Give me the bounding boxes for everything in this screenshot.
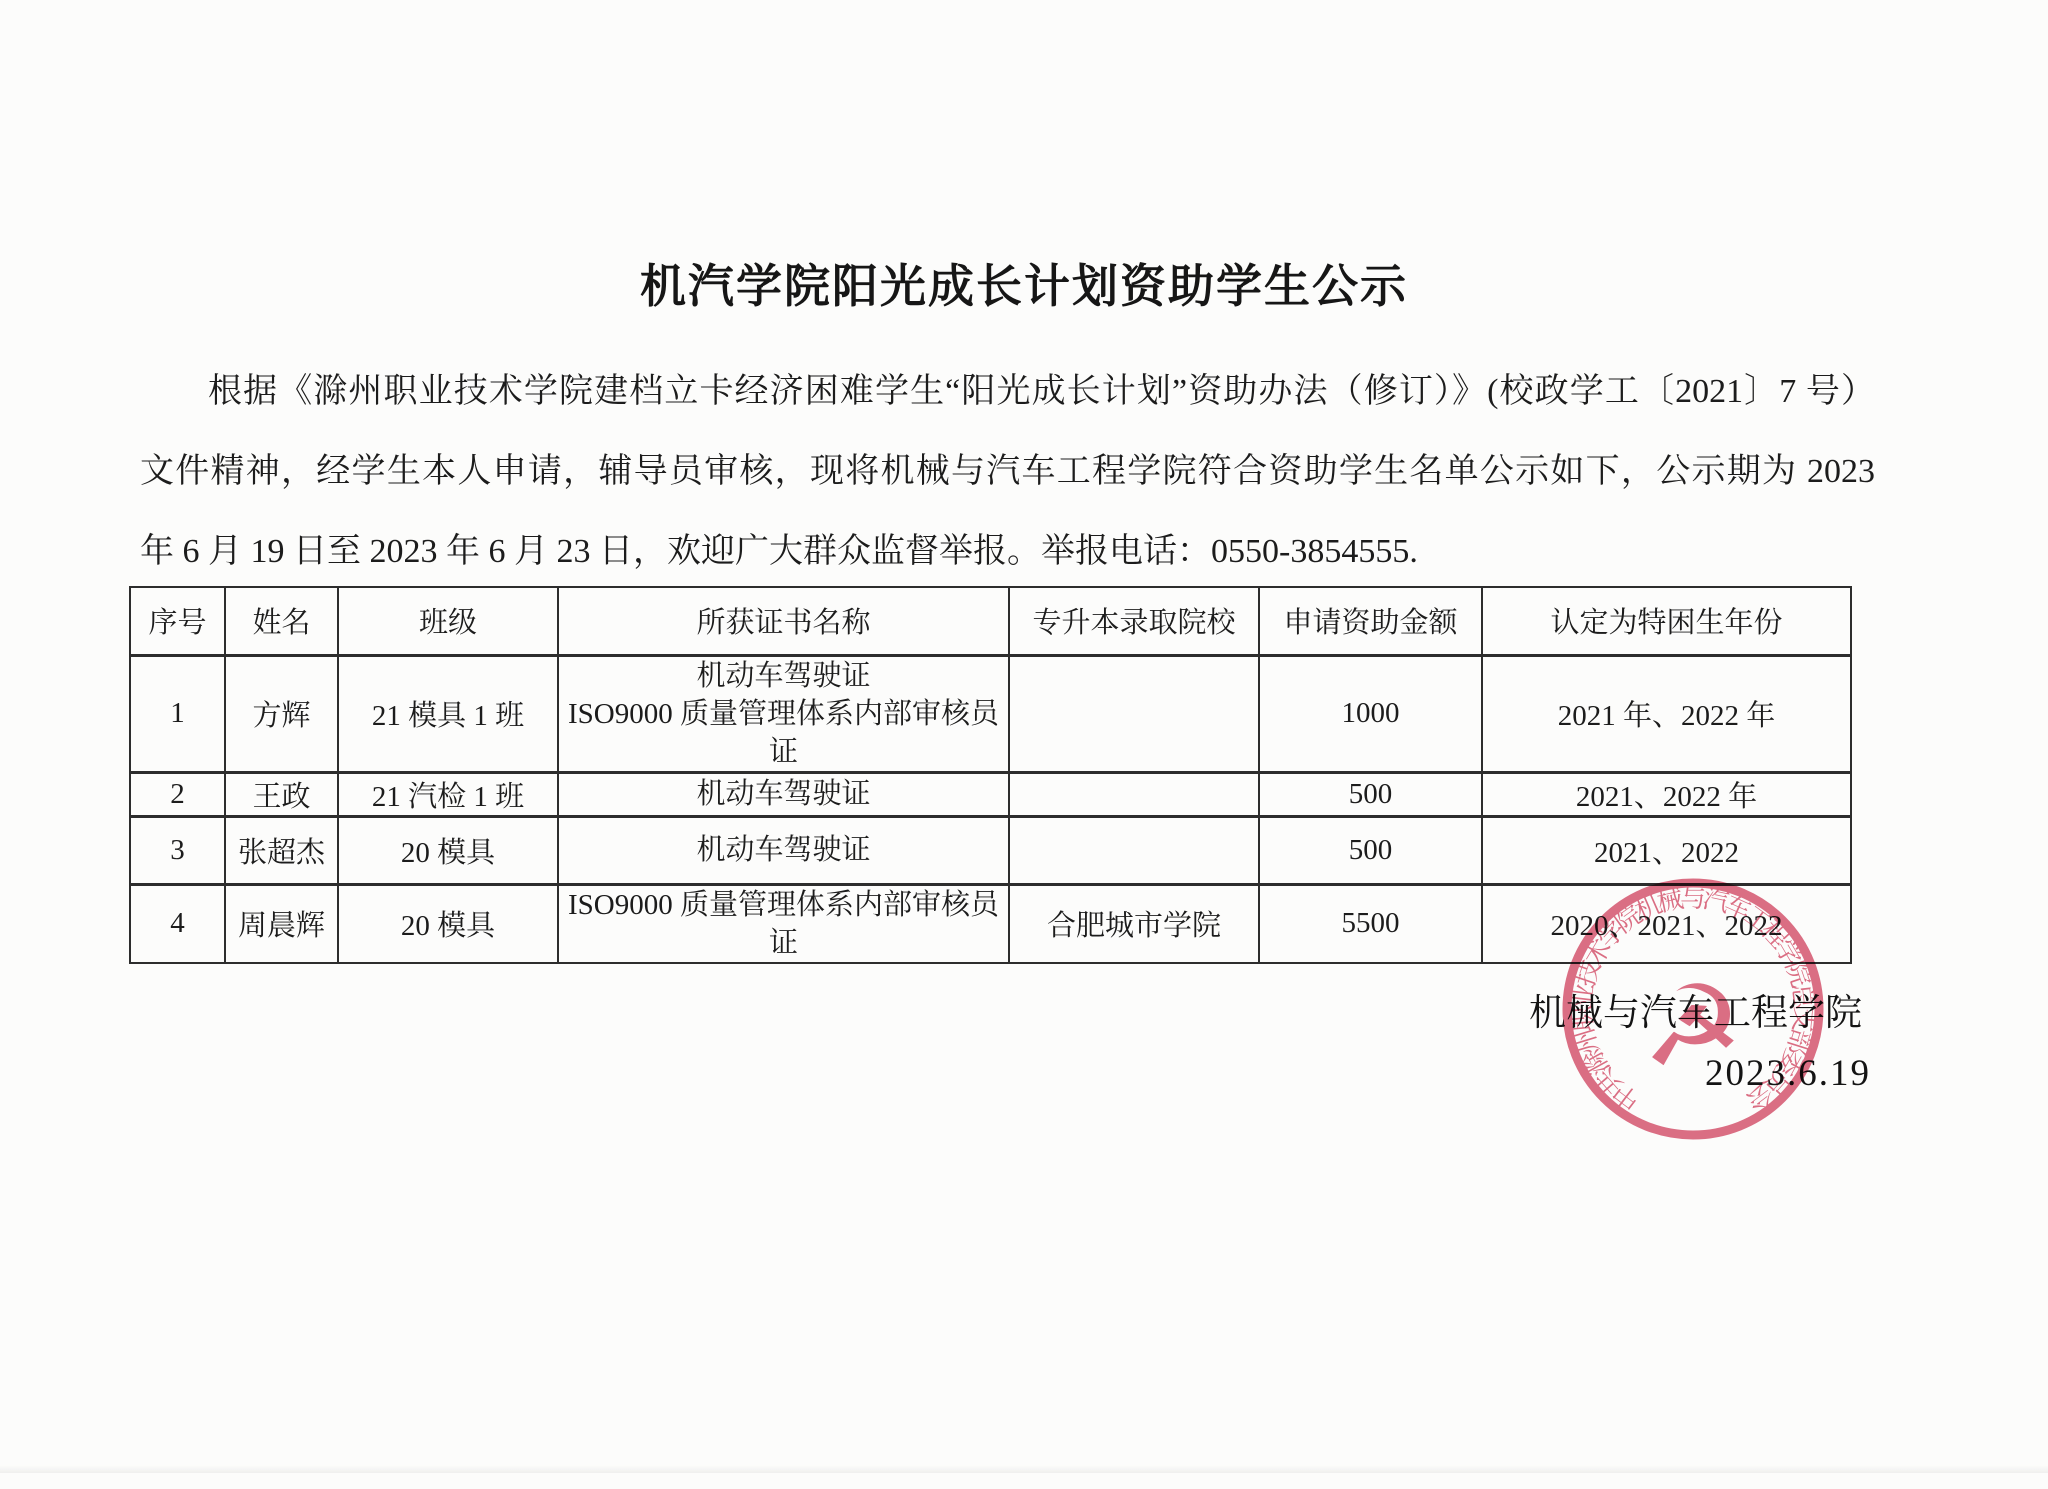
header-college: 专升本录取院校 [1009, 587, 1259, 655]
cell-name: 方辉 [225, 655, 338, 772]
cell-college [1009, 816, 1259, 884]
aid-students-table: 序号 姓名 班级 所获证书名称 专升本录取院校 申请资助金额 认定为特困生年份 … [129, 586, 1852, 964]
cell-name: 王政 [225, 772, 338, 816]
header-amount: 申请资助金额 [1259, 587, 1482, 655]
signature-date: 2023.6.19 [1705, 1052, 1871, 1095]
cell-no: 2 [130, 772, 225, 816]
cell-name: 张超杰 [225, 816, 338, 884]
cell-amount: 500 [1259, 816, 1482, 884]
paragraph-line-1: 根据《滁州职业技术学院建档立卡经济困难学生“阳光成长计划”资助办法（修订）》(校… [140, 352, 1875, 432]
header-certificate: 所获证书名称 [558, 587, 1009, 655]
cell-amount: 500 [1259, 772, 1482, 816]
signature-department: 机械与汽车工程学院 [1529, 982, 1862, 1036]
cell-college: 合肥城市学院 [1009, 884, 1259, 963]
cell-class: 20 模具 [338, 884, 558, 963]
paragraph-line-3: 年 6 月 19 日至 2023 年 6 月 23 日，欢迎广大群众监督举报。举… [140, 512, 1875, 592]
certificate-item: ISO9000 质量管理体系内部审核员证 [563, 695, 1004, 771]
cell-no: 1 [130, 655, 225, 772]
table-row: 4 周晨辉 20 模具 ISO9000 质量管理体系内部审核员证 合肥城市学院 … [130, 884, 1851, 963]
cell-amount: 1000 [1259, 655, 1482, 772]
cell-years: 2021 年、2022 年 [1482, 655, 1851, 772]
cell-certificates: 机动车驾驶证 [558, 816, 1009, 884]
cell-college [1009, 772, 1259, 816]
table-row: 3 张超杰 20 模具 机动车驾驶证 500 2021、2022 [130, 816, 1851, 884]
table-row: 1 方辉 21 模具 1 班 机动车驾驶证 ISO9000 质量管理体系内部审核… [130, 655, 1851, 772]
document-title: 机汽学院阳光成长计划资助学生公示 [0, 250, 2048, 316]
cell-amount: 5500 [1259, 884, 1482, 963]
cell-college [1009, 655, 1259, 772]
table-header-row: 序号 姓名 班级 所获证书名称 专升本录取院校 申请资助金额 认定为特困生年份 [130, 587, 1851, 655]
certificate-item: 机动车驾驶证 [563, 775, 1004, 813]
cell-class: 21 汽检 1 班 [338, 772, 558, 816]
header-class: 班级 [338, 587, 558, 655]
cell-years: 2021、2022 [1482, 816, 1851, 884]
cell-no: 3 [130, 816, 225, 884]
certificate-item: ISO9000 质量管理体系内部审核员证 [563, 886, 1004, 962]
certificate-item: 机动车驾驶证 [563, 831, 1004, 869]
table-row: 2 王政 21 汽检 1 班 机动车驾驶证 500 2021、2022 年 [130, 772, 1851, 816]
cell-certificates: ISO9000 质量管理体系内部审核员证 [558, 884, 1009, 963]
document-page: 机汽学院阳光成长计划资助学生公示 根据《滁州职业技术学院建档立卡经济困难学生“阳… [0, 0, 2048, 1489]
paragraph-line-2: 文件精神，经学生本人申请，辅导员审核，现将机械与汽车工程学院符合资助学生名单公示… [140, 432, 1875, 512]
cell-name: 周晨辉 [225, 884, 338, 963]
cell-certificates: 机动车驾驶证 ISO9000 质量管理体系内部审核员证 [558, 655, 1009, 772]
cell-class: 20 模具 [338, 816, 558, 884]
header-no: 序号 [130, 587, 225, 655]
cell-years: 2021、2022 年 [1482, 772, 1851, 816]
certificate-item: 机动车驾驶证 [563, 657, 1004, 695]
cell-class: 21 模具 1 班 [338, 655, 558, 772]
header-name: 姓名 [225, 587, 338, 655]
intro-paragraph: 根据《滁州职业技术学院建档立卡经济困难学生“阳光成长计划”资助办法（修订）》(校… [140, 352, 1875, 592]
scan-artifact [0, 1465, 2048, 1473]
cell-certificates: 机动车驾驶证 [558, 772, 1009, 816]
cell-no: 4 [130, 884, 225, 963]
header-years: 认定为特困生年份 [1482, 587, 1851, 655]
cell-years: 2020、2021、2022 [1482, 884, 1851, 963]
